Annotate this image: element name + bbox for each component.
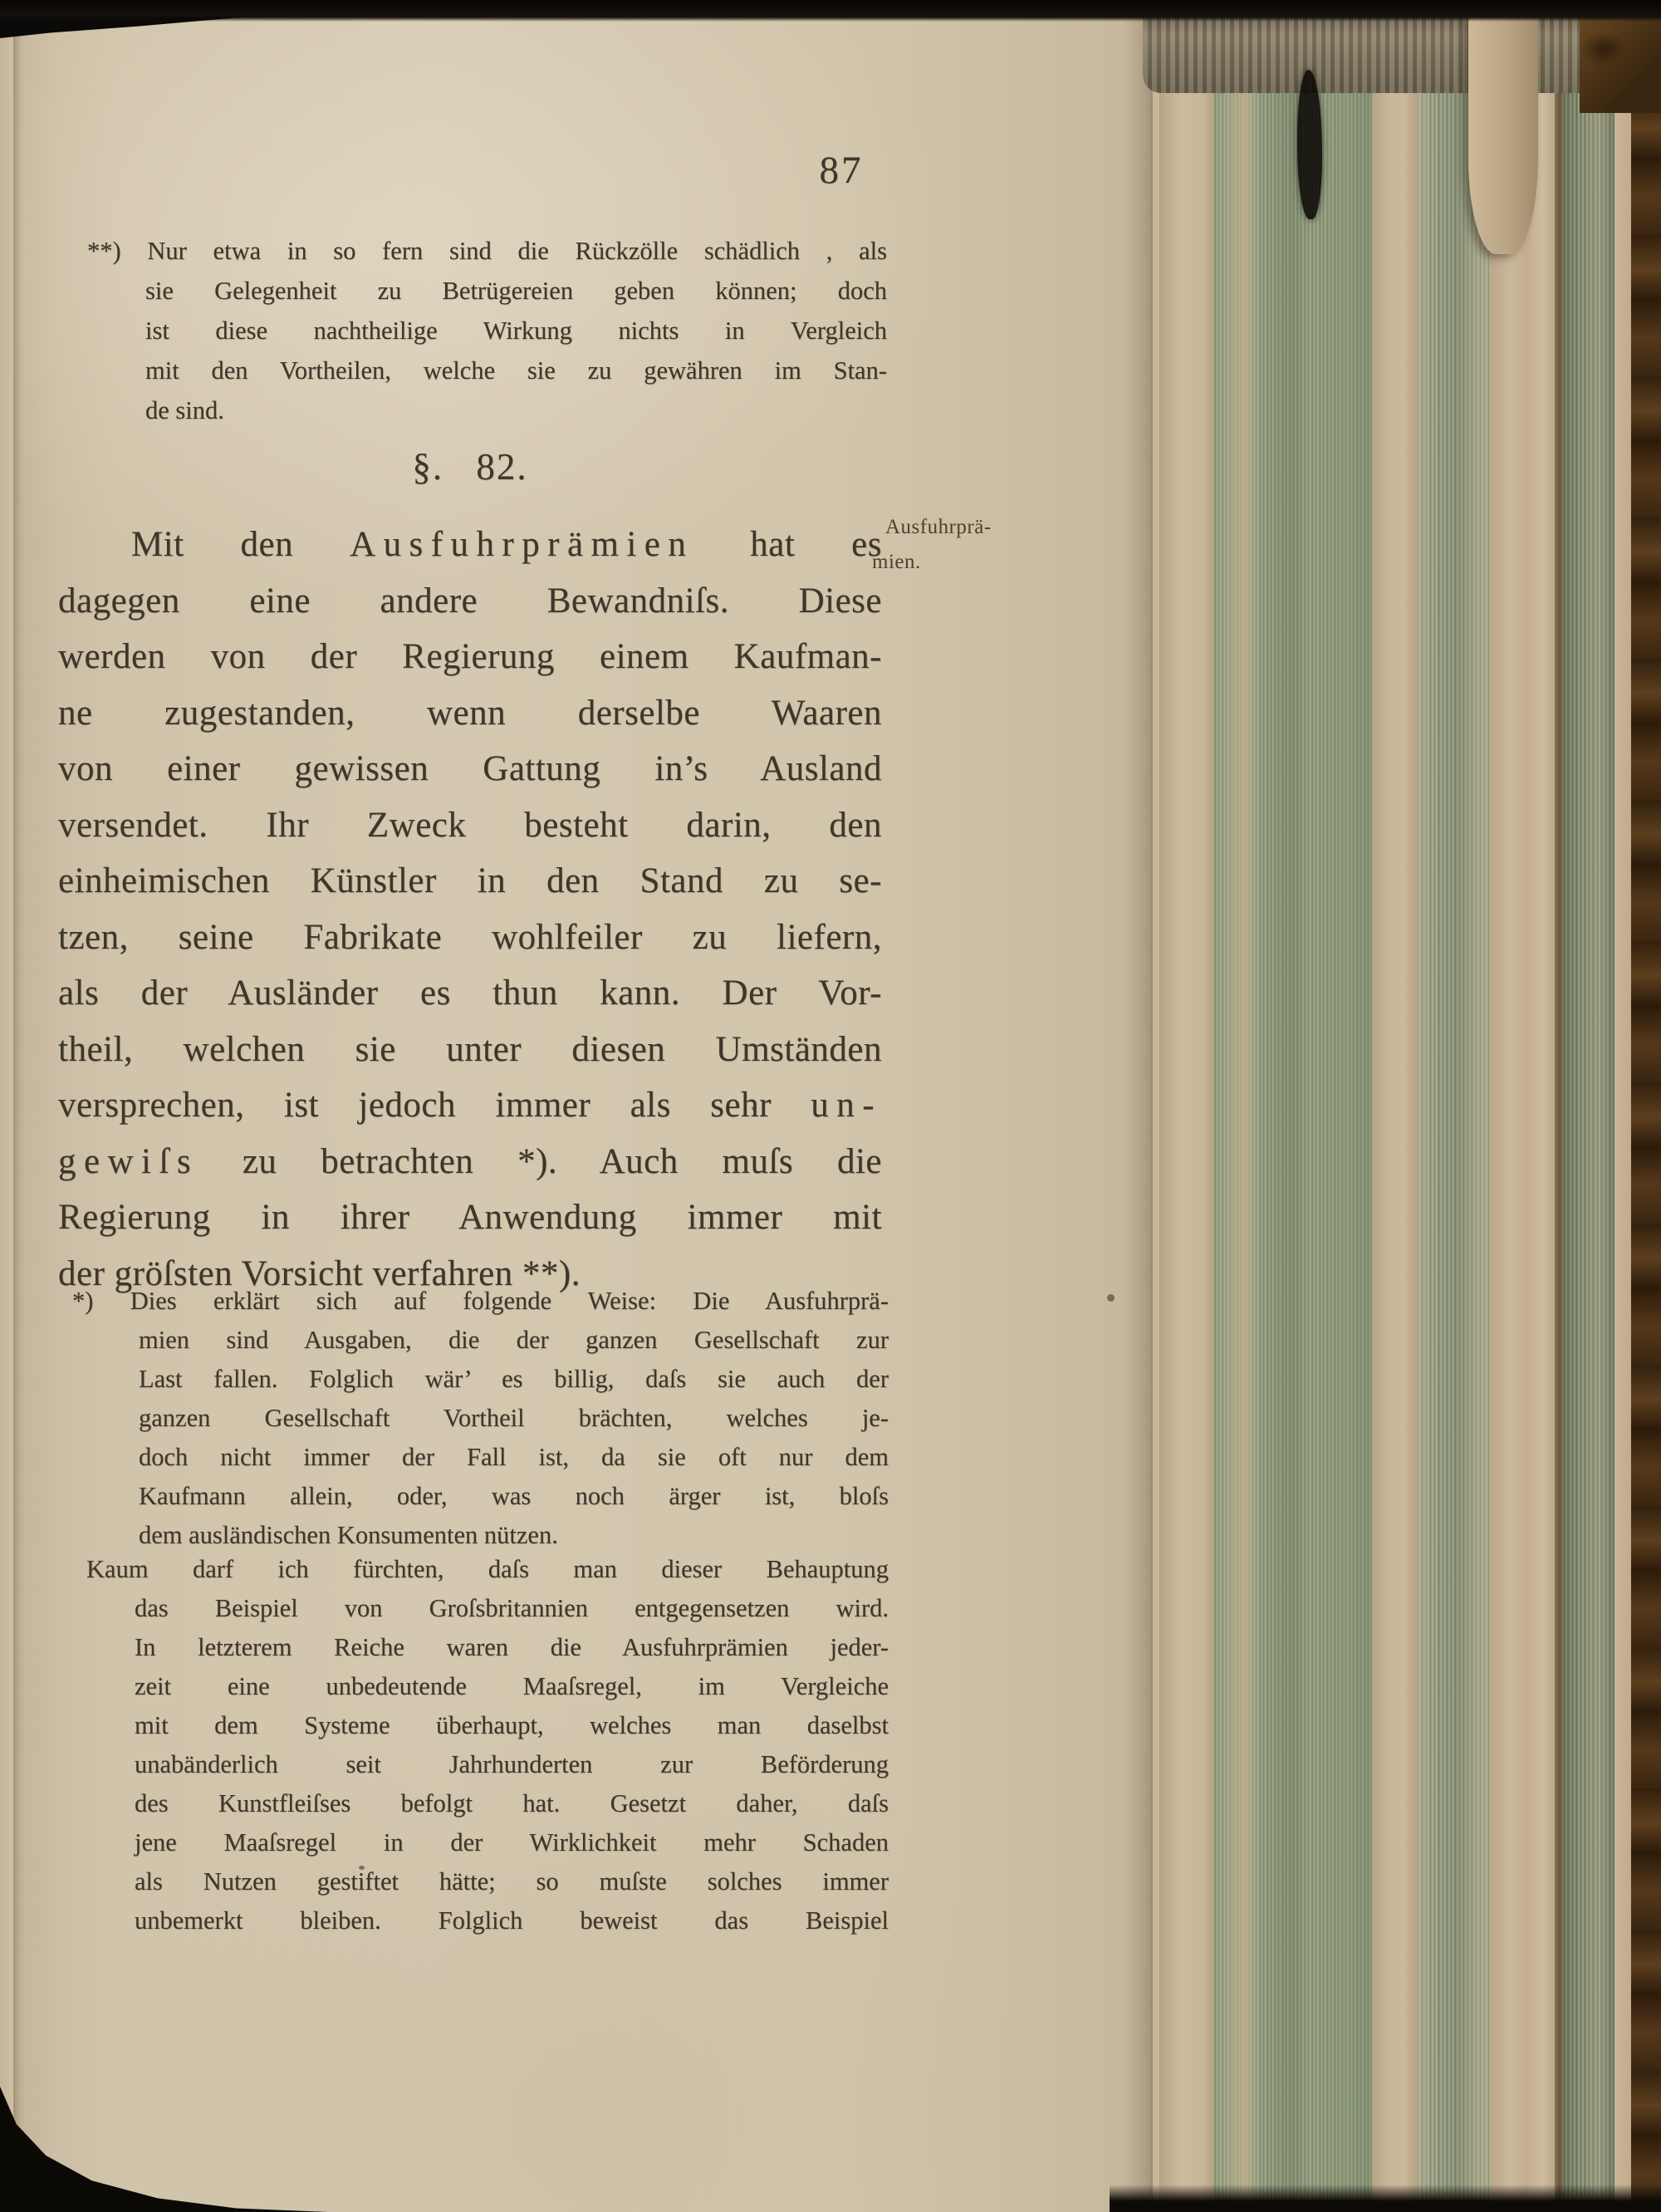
text-line: unabänderlich seit Jahrhunderten zur Bef… <box>135 1745 889 1784</box>
book-photo: 87 **) Nur etwa in so fern sind die Rück… <box>0 0 1661 2212</box>
book-cover-edge <box>1631 0 1661 2212</box>
text-line: ganzen Gesellschaft Vortheil brächten, w… <box>139 1399 889 1438</box>
footnote-marker: **) <box>87 237 121 265</box>
fore-edge-band-tan <box>1372 0 1417 2212</box>
footnote-paragraph: Kaum darf ich fürchten, daſs man dieser … <box>58 1550 889 1940</box>
footnote-asterisk: *) Dies erklärt sich auf folgende Weise:… <box>58 1282 889 1555</box>
fore-edge-stack <box>1153 0 1661 2212</box>
fore-edge-band-brown <box>1555 0 1563 2212</box>
text-line: Mit den Ausfuhrprämien hat es <box>58 517 882 573</box>
text-line: als der Ausländer es thun kann. Der Vor- <box>58 965 882 1022</box>
text-line: *) Dies erklärt sich auf folgende Weise:… <box>139 1282 889 1321</box>
text-segment: zu betrachten *). Auch muſs die <box>198 1142 882 1181</box>
spaced-word: gewiſs <box>58 1142 198 1181</box>
text-line: versendet. Ihr Zweck besteht darin, den <box>58 797 882 854</box>
text-line: versprechen, ist jedoch immer als sehr u… <box>58 1077 882 1134</box>
text-line: des Kunstfleiſses befolgt hat. Gesetzt d… <box>135 1784 889 1823</box>
footnote-marker: *) <box>72 1287 93 1315</box>
text-line: doch nicht immer der Fall ist, da sie of… <box>139 1438 889 1477</box>
text-line: das Beispiel von Groſsbritannien entgege… <box>135 1589 889 1628</box>
text-line: Last fallen. Folglich wär’ es billig, da… <box>139 1360 889 1399</box>
text-line: theil, welchen sie unter diesen Umstände… <box>58 1022 882 1078</box>
text-segment: versprechen, ist jedoch immer als sehr <box>58 1086 811 1125</box>
margin-note: Ausfuhrprä- mien. <box>872 510 1005 580</box>
spaced-word: un- <box>811 1086 882 1125</box>
text-line: Kaum darf ich fürchten, daſs man dieser … <box>135 1550 889 1589</box>
text-line: dagegen eine andere Bewandniſs. Diese <box>58 573 882 630</box>
spaced-word: Ausfuhrprämien <box>350 525 693 564</box>
text-line: werden von der Regierung einem Kaufman- <box>58 629 882 685</box>
text-line: mien. <box>872 545 1005 580</box>
fore-edge-band-tan <box>1614 0 1631 2212</box>
text-line: mit dem Systeme überhaupt, welches man d… <box>135 1706 889 1745</box>
text-line: Kaufmann allein, oder, was noch ärger is… <box>139 1477 889 1516</box>
text-line: de sind. <box>145 390 887 430</box>
photo-shadow-bottom <box>1110 2185 1661 2212</box>
text-line: mien sind Ausgaben, die der ganzen Gesel… <box>139 1321 889 1360</box>
text-line: gewiſs zu betrachten *). Auch muſs die <box>58 1134 882 1190</box>
text-line: dem ausländischen Konsumenten nützen. <box>139 1516 889 1555</box>
photo-background-top <box>0 0 1661 22</box>
paper-speck <box>1107 1294 1115 1302</box>
leather-cover-corner <box>1580 7 1661 113</box>
text-line: einheimischen Künstler in den Stand zu s… <box>58 853 882 910</box>
text-line: als Nutzen gestiftet hätte; so muſste so… <box>135 1862 889 1901</box>
text-line: Ausfuhrprä- <box>872 510 1005 545</box>
fore-edge-band-tan <box>1159 0 1214 2212</box>
footnote-text: Dies erklärt sich auf folgende Weise: Di… <box>130 1287 889 1315</box>
text-line: ne zugestanden, wenn derselbe Waaren <box>58 685 882 742</box>
text-segment: hat es <box>693 525 882 564</box>
text-line: von einer gewissen Gattung in’s Ausland <box>58 741 882 797</box>
main-paragraph: Mit den Ausfuhrprämien hat es dagegen ei… <box>58 517 882 1302</box>
text-line: mit den Vortheilen, welche sie zu gewähr… <box>145 351 887 390</box>
text-line: unbemerkt bleiben. Folglich beweist das … <box>135 1901 889 1940</box>
text-line: sie Gelegenheit zu Betrügereien geben kö… <box>145 271 887 311</box>
section-heading: §. 82. <box>58 445 882 488</box>
text-line: In letzterem Reiche waren die Ausfuhrprä… <box>135 1628 889 1667</box>
footnote-text: Nur etwa in so fern sind die Rückzölle s… <box>147 237 887 265</box>
text-line: jene Maaſsregel in der Wirklichkeit mehr… <box>135 1823 889 1862</box>
fore-edge-band-green <box>1417 0 1492 2212</box>
fore-edge-band-green <box>1563 0 1614 2212</box>
fore-edge-band-tan <box>1492 0 1555 2212</box>
text-line: ist diese nachtheilige Wirkung nichts in… <box>145 311 887 351</box>
text-line: tzen, seine Fabrikate wohlfeiler zu lief… <box>58 910 882 966</box>
gutter-crease <box>13 15 25 2212</box>
fore-edge-band-green <box>1214 0 1372 2212</box>
text-line: zeit eine unbedeutende Maaſsregel, im Ve… <box>135 1667 889 1706</box>
text-line: Regierung in ihrer Anwendung immer mit <box>58 1189 882 1246</box>
page-number: 87 <box>771 148 912 193</box>
text-segment: Mit den <box>131 525 350 564</box>
footnote-continuation: **) Nur etwa in so fern sind die Rückzöl… <box>58 231 887 430</box>
underlying-page-edge <box>0 15 13 2212</box>
curled-page-corner <box>1468 13 1538 254</box>
text-line: **) Nur etwa in so fern sind die Rückzöl… <box>145 231 887 271</box>
